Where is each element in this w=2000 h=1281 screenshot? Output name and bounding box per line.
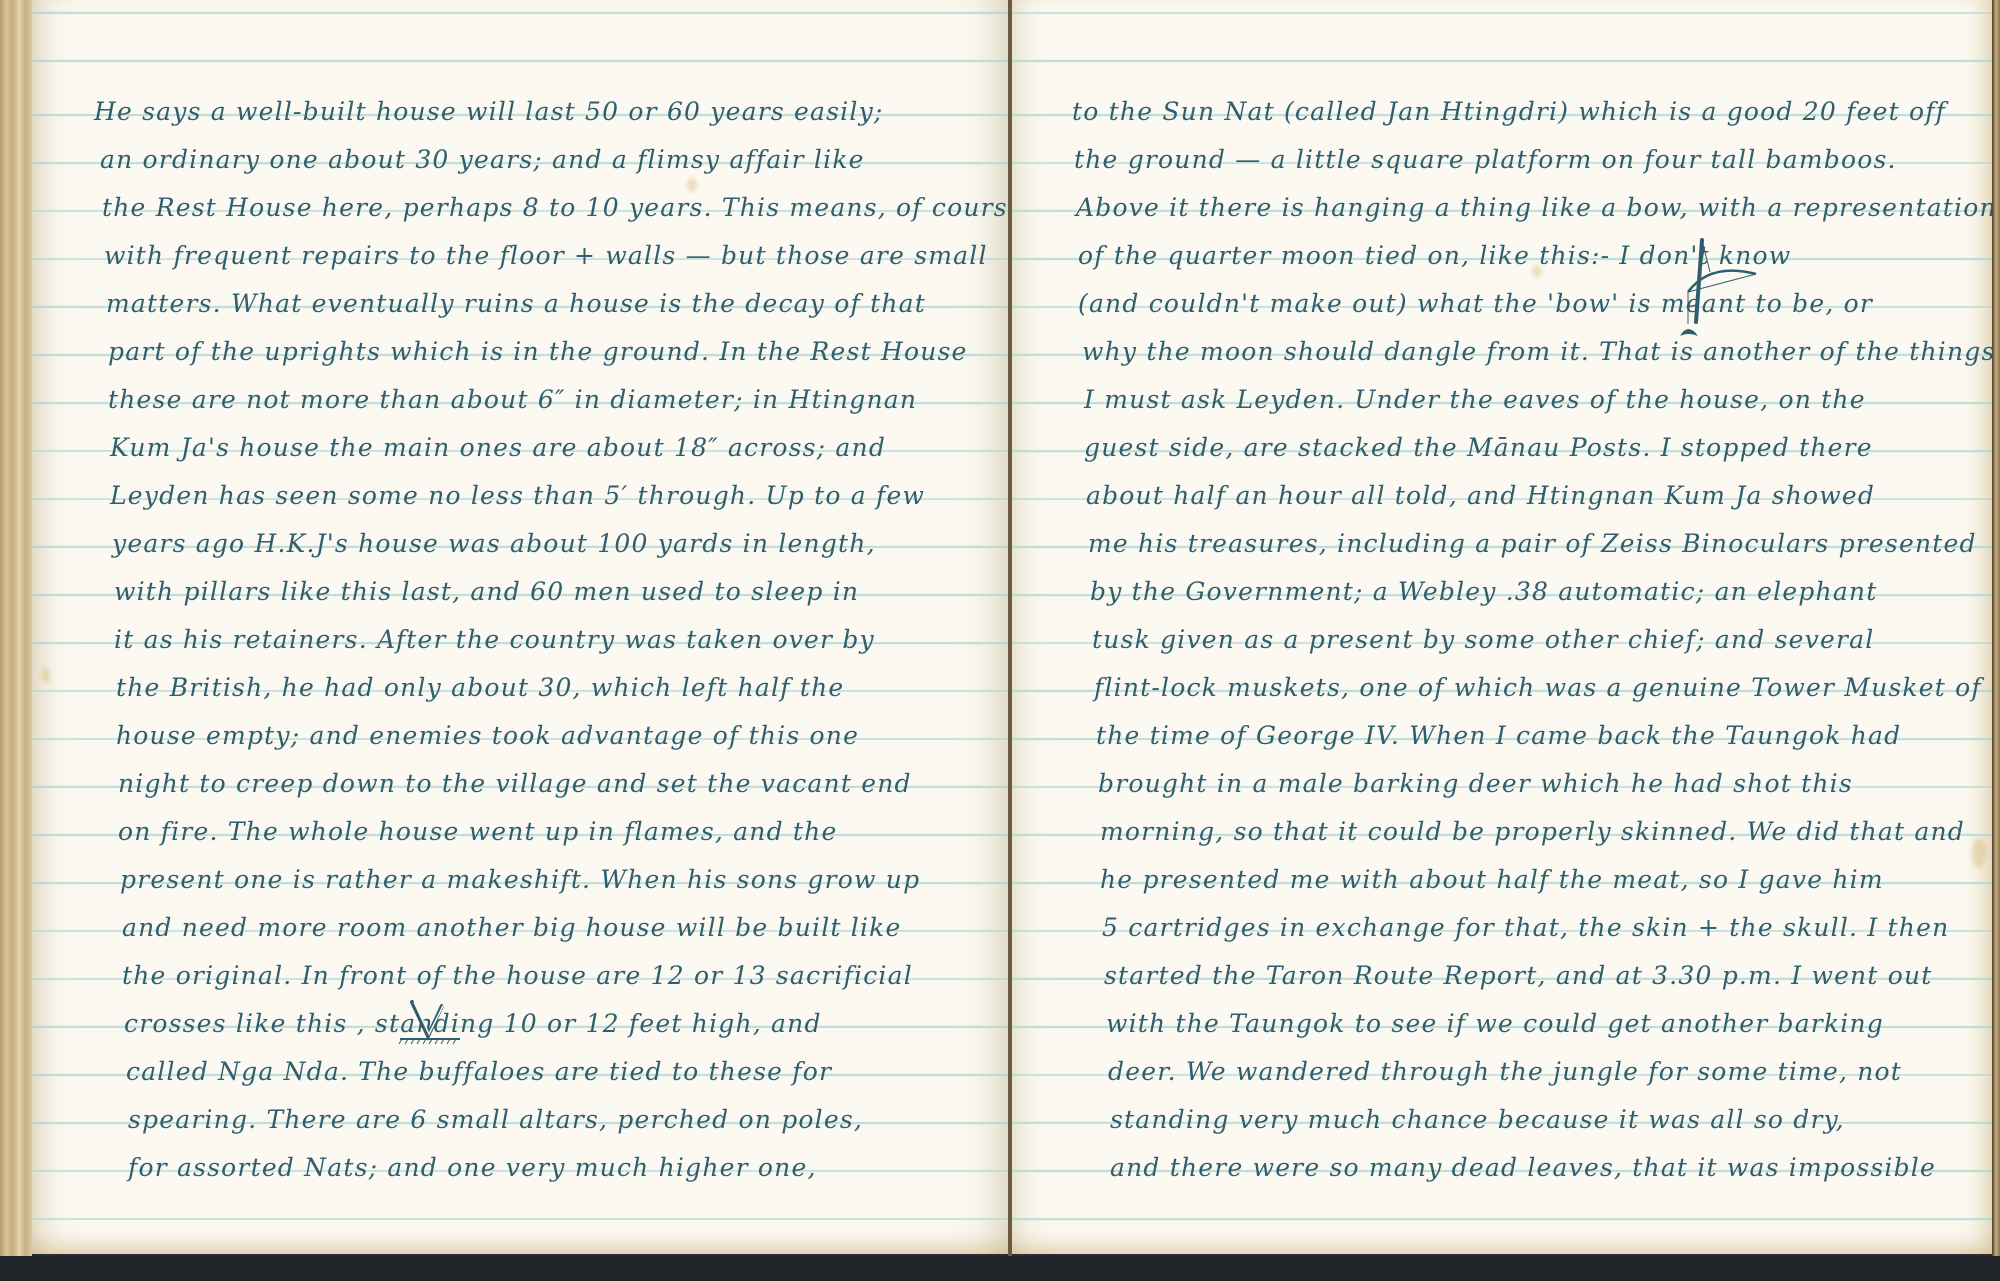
text-line: matters. What eventually ruins a house i…: [106, 280, 926, 328]
text-line: deer. We wandered through the jungle for…: [1108, 1048, 1902, 1096]
text-line: he presented me with about half the meat…: [1100, 856, 1884, 904]
text-line: 5 cartridges in exchange for that, the s…: [1102, 904, 1949, 952]
text-line: an ordinary one about 30 years; and a fl…: [100, 136, 865, 184]
text-line: with the Taungok to see if we could get …: [1106, 1000, 1884, 1048]
text-line: Kum Ja's house the main ones are about 1…: [110, 424, 886, 472]
text-line: why the moon should dangle from it. That…: [1082, 328, 1992, 376]
notebook-spread: He says a well-built house will last 50 …: [0, 0, 2000, 1256]
left-page: He says a well-built house will last 50 …: [32, 0, 1010, 1254]
page-edge: [1992, 0, 2000, 1256]
text-line: standing very much chance because it was…: [1110, 1096, 1845, 1144]
text-line: Leyden has seen some no less than 5′ thr…: [110, 472, 925, 520]
text-line: and there were so many dead leaves, that…: [1110, 1144, 1936, 1192]
text-line: flint-lock muskets, one of which was a g…: [1094, 664, 1982, 712]
text-line: and need more room another big house wil…: [122, 904, 902, 952]
right-page: to the Sun Nat (called Jan Htingdri) whi…: [1012, 0, 1992, 1254]
text-line: started the Taron Route Report, and at 3…: [1104, 952, 1933, 1000]
text-line: house empty; and enemies took advantage …: [116, 712, 859, 760]
text-line: these are not more than about 6″ in diam…: [108, 376, 917, 424]
text-line: with pillars like this last, and 60 men …: [114, 568, 859, 616]
text-line: the original. In front of the house are …: [122, 952, 913, 1000]
bow-moon-sketch-icon: [1680, 232, 1780, 342]
text-line: about half an hour all told, and Htingna…: [1086, 472, 1875, 520]
text-line: the time of George IV. When I came back …: [1096, 712, 1901, 760]
text-line: the ground — a little square platform on…: [1074, 136, 1897, 184]
cross-sketch-icon: [398, 998, 468, 1048]
text-line: with frequent repairs to the floor + wal…: [104, 232, 988, 280]
text-line: me his treasures, including a pair of Ze…: [1088, 520, 1977, 568]
text-line: brought in a male barking deer which he …: [1098, 760, 1853, 808]
text-line: tusk given as a present by some other ch…: [1092, 616, 1874, 664]
paper-stain: [42, 667, 50, 683]
text-line: night to creep down to the village and s…: [118, 760, 912, 808]
text-line: guest side, are stacked the Mānau Posts.…: [1084, 424, 1873, 472]
text-line: He says a well-built house will last 50 …: [94, 88, 884, 136]
text-line: crosses like this , standing 10 or 12 fe…: [124, 1000, 822, 1048]
text-line: called Nga Nda. The buffaloes are tied t…: [126, 1048, 832, 1096]
text-line: it as his retainers. After the country w…: [114, 616, 875, 664]
text-line: the British, he had only about 30, which…: [116, 664, 844, 712]
text-line: years ago H.K.J's house was about 100 ya…: [112, 520, 876, 568]
text-line: present one is rather a makeshift. When …: [120, 856, 920, 904]
text-line: on fire. The whole house went up in flam…: [118, 808, 837, 856]
text-line: I must ask Leyden. Under the eaves of th…: [1084, 376, 1866, 424]
text-line: for assorted Nats; and one very much hig…: [128, 1144, 817, 1192]
text-line: by the Government; a Webley .38 automati…: [1090, 568, 1877, 616]
text-line: the Rest House here, perhaps 8 to 10 yea…: [102, 184, 1010, 232]
text-line: Above it there is hanging a thing like a…: [1076, 184, 1992, 232]
page-edges: [0, 0, 32, 1256]
text-line: morning, so that it could be properly sk…: [1100, 808, 1965, 856]
text-line: spearing. There are 6 small altars, perc…: [128, 1096, 863, 1144]
paper-stain: [1972, 838, 1986, 868]
text-line: to the Sun Nat (called Jan Htingdri) whi…: [1072, 88, 1946, 136]
text-line: part of the uprights which is in the gro…: [108, 328, 968, 376]
